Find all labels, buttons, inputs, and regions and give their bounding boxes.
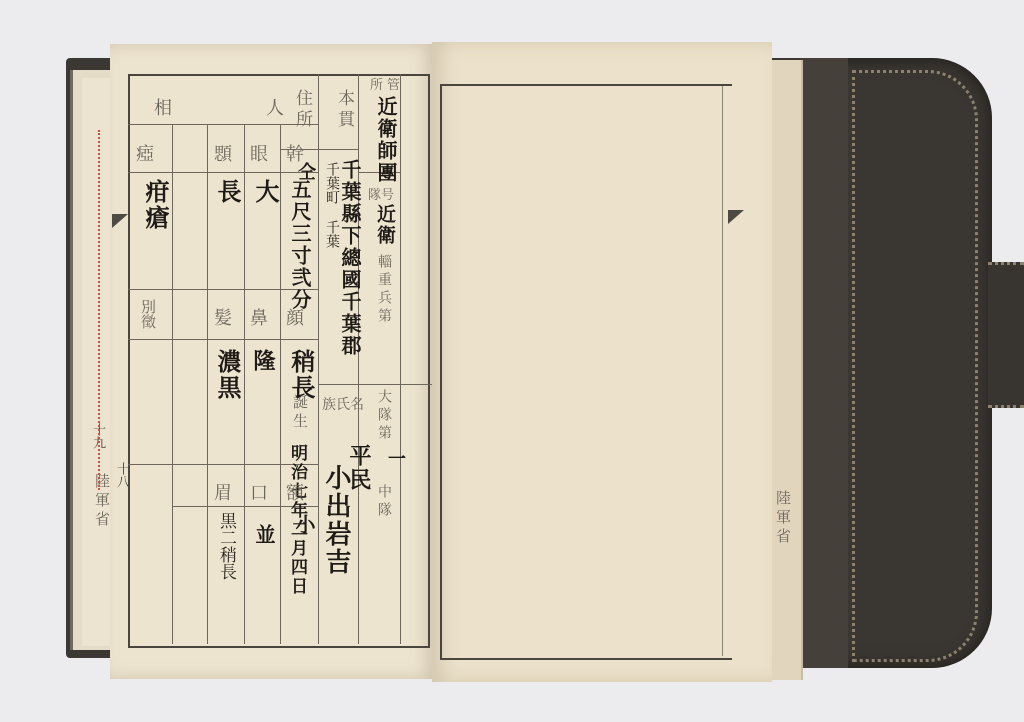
feature-value-6: 濃黒	[210, 349, 245, 401]
feature-label-9: 口	[250, 479, 268, 505]
honkan-sub: 千葉町 千葉	[322, 162, 342, 248]
feature-label-4: 顔	[286, 304, 304, 330]
chutai-label: 中隊	[374, 484, 394, 520]
feature-label-2: 顋	[214, 140, 232, 166]
shokan-value: 近衛師團	[372, 96, 401, 184]
tai-printed: 輜重兵第	[374, 254, 394, 326]
feature-value-4: 稍長	[284, 349, 319, 401]
heading-jinso-1: 人	[266, 94, 284, 120]
blank-page	[432, 42, 772, 682]
feature-value-5: 隆	[248, 349, 279, 373]
feature-value-10: 黒二稍長	[214, 512, 239, 580]
flap-stitching	[852, 70, 978, 662]
feature-label-6: 髪	[214, 304, 232, 330]
heading-jusho: 住所	[290, 89, 315, 131]
feature-label-7: 別徵	[138, 299, 159, 329]
daitai-label: 大隊第	[374, 389, 394, 443]
heading-jinso-2: 相	[154, 94, 172, 120]
feature-label-8: 額	[286, 479, 304, 505]
feature-label-10: 眉	[214, 479, 232, 505]
name-value: 小出岩吉	[318, 464, 355, 576]
tai-value: 近衛	[372, 204, 399, 246]
heading-honkan: 本貫	[332, 89, 357, 131]
handwritten-number: 一	[382, 449, 408, 469]
blank-page-frame	[440, 84, 732, 660]
feature-label-1: 眼	[250, 140, 268, 166]
feature-value-8: 小	[290, 514, 319, 536]
closure-tab	[988, 262, 1024, 408]
fold-mark	[112, 214, 128, 228]
feature-label-3: 瘂	[136, 140, 154, 166]
feature-value-3: 疳瘡	[138, 179, 173, 231]
feature-value-2: 長	[210, 179, 245, 205]
fold-mark-right	[728, 210, 744, 224]
feature-label-5: 鼻	[250, 304, 268, 330]
feature-label-0: 幹	[286, 140, 304, 166]
feature-value-1: 大	[248, 179, 283, 205]
feature-value-0: 五尺三寸弐分	[286, 179, 315, 311]
page-number: 十八	[112, 462, 131, 488]
tai-label: 隊号	[368, 184, 394, 203]
zokushi-label: 族氏名	[322, 394, 364, 414]
edge-footer: 陸軍省	[773, 490, 794, 547]
flap-spine	[800, 58, 848, 668]
red-ink-annotation	[98, 130, 106, 490]
feature-value-9: 並	[250, 524, 279, 546]
heading-shokan: 所管	[370, 74, 404, 93]
record-page: 相 人 住所 本貫 所管 近衛師團 隊号 近衛 輜重兵第 大隊第 一 中隊 千葉…	[110, 44, 435, 679]
